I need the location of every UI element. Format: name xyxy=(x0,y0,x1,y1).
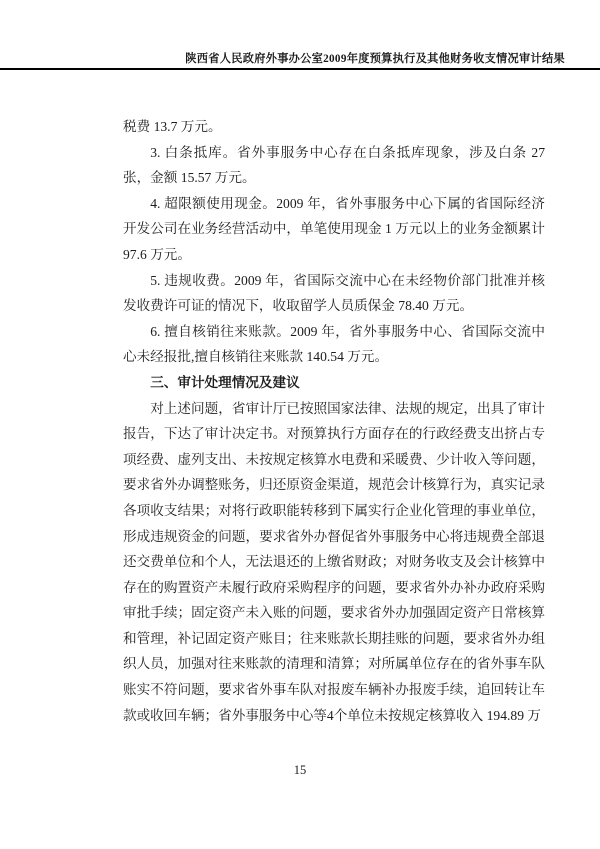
numbered-item-3: 3. 白条抵库。省外事服务中心存在白条抵库现象，涉及白条 27 张，金额 15.… xyxy=(123,140,545,191)
numbered-item-5: 5. 违规收费。2009 年，省国际交流中心在未经物价部门批准并核发收费许可证的… xyxy=(123,268,545,319)
paragraph-continuation: 税费 13.7 万元。 xyxy=(123,114,545,140)
running-title: 陕西省人民政府外事办公室2009年度预算执行及其他财务收支情况审计结果 xyxy=(0,50,565,66)
header-rule xyxy=(0,68,600,70)
section-body-paragraph: 对上述问题，省审计厅已按照国家法律、法规的规定，出具了审计报告，下达了审计决定书… xyxy=(123,396,545,729)
page-number: 15 xyxy=(0,763,600,778)
page-header: 陕西省人民政府外事办公室2009年度预算执行及其他财务收支情况审计结果 xyxy=(0,50,565,66)
section-heading: 三、审计处理情况及建议 xyxy=(123,370,545,396)
document-body: 税费 13.7 万元。 3. 白条抵库。省外事服务中心存在白条抵库现象，涉及白条… xyxy=(123,114,545,728)
numbered-item-6: 6. 擅自核销往来账款。2009 年，省外事服务中心、省国际交流中心未经报批,擅… xyxy=(123,319,545,370)
document-page: 陕西省人民政府外事办公室2009年度预算执行及其他财务收支情况审计结果 税费 1… xyxy=(0,0,600,849)
numbered-item-4: 4. 超限额使用现金。2009 年，省外事服务中心下属的省国际经济开发公司在业务… xyxy=(123,191,545,268)
